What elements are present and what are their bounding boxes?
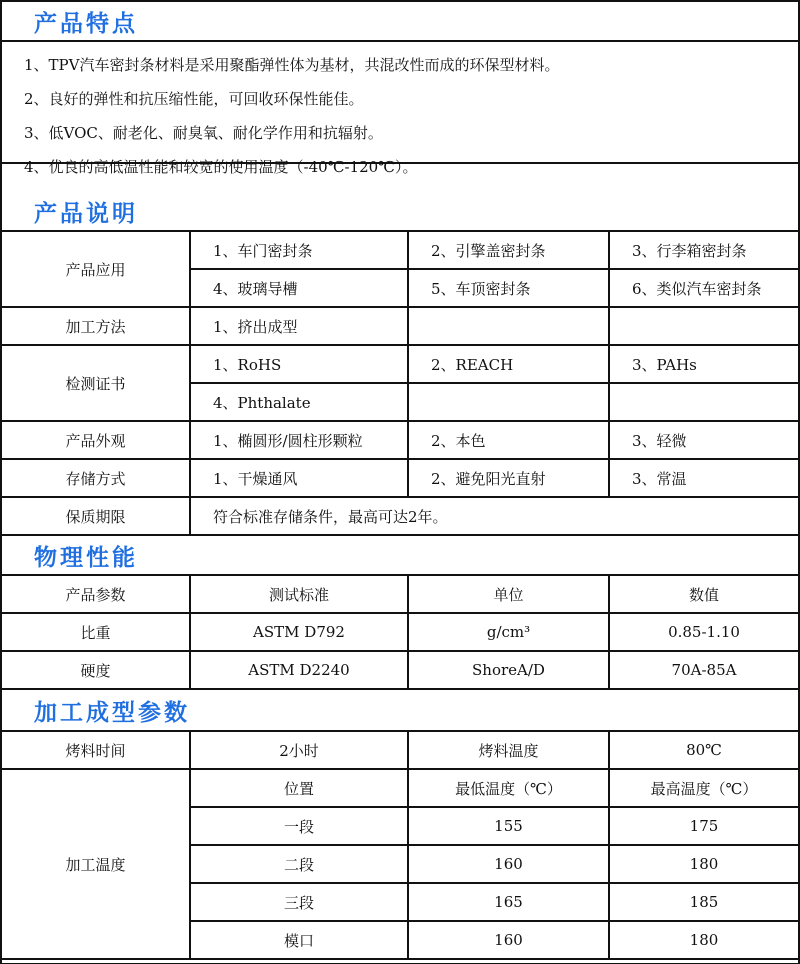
cell: 160 [408, 845, 609, 883]
cell [408, 383, 609, 421]
cell: 2、本色 [408, 421, 609, 459]
table-row: 保质期限 符合标准存储条件，最高可达2年。 [2, 497, 798, 535]
cell [609, 383, 798, 421]
cell: 2、引擎盖密封条 [408, 232, 609, 269]
table-row: 检测证书 1、RoHS 2、REACH 3、PAHs [2, 345, 798, 383]
cell: 4、玻璃导槽 [190, 269, 408, 307]
cell: 180 [609, 921, 798, 959]
cell: g/cm³ [408, 613, 609, 651]
cell: 3、轻微 [609, 421, 798, 459]
table-header-row: 产品参数 测试标准 单位 数值 [2, 576, 798, 613]
cell: 1、挤出成型 [190, 307, 408, 345]
cell: 1、椭圆形/圆柱形颗粒 [190, 421, 408, 459]
cell: 185 [609, 883, 798, 921]
cell: 3、行李箱密封条 [609, 232, 798, 269]
table-row: 加工方法 1、挤出成型 [2, 307, 798, 345]
cell: 1、干燥通风 [190, 459, 408, 497]
cell: 155 [408, 807, 609, 845]
row-label: 加工温度 [2, 769, 190, 959]
feature-item: 2、良好的弹性和抗压缩性能，可回收环保性能佳。 [24, 82, 798, 116]
cell: 165 [408, 883, 609, 921]
column-header: 测试标准 [190, 576, 408, 613]
column-header: 位置 [190, 769, 408, 807]
row-label: 烤料时间 [2, 732, 190, 769]
cell: ASTM D792 [190, 613, 408, 651]
column-header: 产品参数 [2, 576, 190, 613]
column-header: 最高温度（℃） [609, 769, 798, 807]
cell: 二段 [190, 845, 408, 883]
cell: ShoreA/D [408, 651, 609, 689]
row-label: 存储方式 [2, 459, 190, 497]
cell: 3、PAHs [609, 345, 798, 383]
features-title: 产品特点 [2, 2, 798, 42]
cell: 烤料温度 [408, 732, 609, 769]
cell: 符合标准存储条件，最高可达2年。 [190, 497, 798, 535]
physical-section: 物理性能 产品参数 测试标准 单位 数值 比重 ASTM D792 g/cm³ … [2, 536, 798, 690]
table-row: 产品应用 1、车门密封条 2、引擎盖密封条 3、行李箱密封条 [2, 232, 798, 269]
column-header: 最低温度（℃） [408, 769, 609, 807]
table-row: 存储方式 1、干燥通风 2、避免阳光直射 3、常温 [2, 459, 798, 497]
processing-table: 烤料时间 2小时 烤料温度 80℃ 加工温度 位置 最低温度（℃） 最高温度（℃… [2, 732, 798, 960]
table-row: 烤料时间 2小时 烤料温度 80℃ [2, 732, 798, 769]
cell: 三段 [190, 883, 408, 921]
spec-sheet: 产品特点 1、TPV汽车密封条材料是采用聚酯弹性体为基材，共混改性而成的环保型材… [0, 0, 800, 964]
column-header: 数值 [609, 576, 798, 613]
physical-table: 产品参数 测试标准 单位 数值 比重 ASTM D792 g/cm³ 0.85-… [2, 576, 798, 690]
cell: 3、常温 [609, 459, 798, 497]
cell: 模口 [190, 921, 408, 959]
cell: 80℃ [609, 732, 798, 769]
cell: 4、Phthalate [190, 383, 408, 421]
processing-section: 加工成型参数 烤料时间 2小时 烤料温度 80℃ 加工温度 位置 最低温度（℃）… [2, 690, 798, 960]
cell: 一段 [190, 807, 408, 845]
cell: 1、车门密封条 [190, 232, 408, 269]
cell: 2、避免阳光直射 [408, 459, 609, 497]
cell: 160 [408, 921, 609, 959]
row-label: 加工方法 [2, 307, 190, 345]
cell: ASTM D2240 [190, 651, 408, 689]
table-row: 加工温度 位置 最低温度（℃） 最高温度（℃） [2, 769, 798, 807]
table-row: 产品外观 1、椭圆形/圆柱形颗粒 2、本色 3、轻微 [2, 421, 798, 459]
cell: 70A-85A [609, 651, 798, 689]
cell: 2、REACH [408, 345, 609, 383]
row-label: 检测证书 [2, 345, 190, 421]
cell [408, 307, 609, 345]
processing-title: 加工成型参数 [2, 690, 798, 732]
cell: 180 [609, 845, 798, 883]
features-list: 1、TPV汽车密封条材料是采用聚酯弹性体为基材，共混改性而成的环保型材料。 2、… [2, 42, 798, 164]
table-row: 硬度 ASTM D2240 ShoreA/D 70A-85A [2, 651, 798, 689]
cell: 2小时 [190, 732, 408, 769]
features-section: 产品特点 1、TPV汽车密封条材料是采用聚酯弹性体为基材，共混改性而成的环保型材… [2, 2, 798, 164]
feature-item: 3、低VOC、耐老化、耐臭氧、耐化学作用和抗辐射。 [24, 116, 798, 150]
row-label: 产品外观 [2, 421, 190, 459]
cell [609, 307, 798, 345]
feature-item: 1、TPV汽车密封条材料是采用聚酯弹性体为基材，共混改性而成的环保型材料。 [24, 48, 798, 82]
column-header: 单位 [408, 576, 609, 613]
cell: 0.85-1.10 [609, 613, 798, 651]
row-label: 产品应用 [2, 232, 190, 307]
physical-title: 物理性能 [2, 536, 798, 576]
description-title: 产品说明 [2, 192, 798, 232]
cell: 硬度 [2, 651, 190, 689]
cell: 5、车顶密封条 [408, 269, 609, 307]
description-table: 产品应用 1、车门密封条 2、引擎盖密封条 3、行李箱密封条 4、玻璃导槽 5、… [2, 232, 798, 536]
row-label: 保质期限 [2, 497, 190, 535]
cell: 1、RoHS [190, 345, 408, 383]
description-section: 产品说明 产品应用 1、车门密封条 2、引擎盖密封条 3、行李箱密封条 4、玻璃… [2, 192, 798, 536]
cell: 6、类似汽车密封条 [609, 269, 798, 307]
table-row: 比重 ASTM D792 g/cm³ 0.85-1.10 [2, 613, 798, 651]
feature-item: 4、优良的高低温性能和较宽的使用温度（-40℃-120℃）。 [24, 150, 798, 184]
cell: 175 [609, 807, 798, 845]
cell: 比重 [2, 613, 190, 651]
